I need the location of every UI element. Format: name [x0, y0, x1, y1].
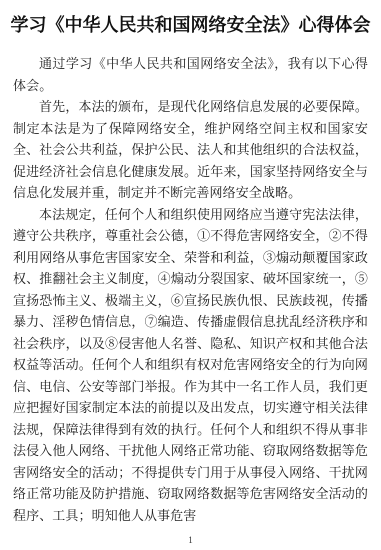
document-body: 通过学习《中华人民共和国网络安全法》，我有以下心得体会。 首先，本法的颁布，是现… [13, 53, 368, 522]
paragraph-first-point: 首先，本法的颁布，是现代化网络信息发展的必要保障。制定本法是为了保障网络安全，维… [13, 96, 368, 204]
document-page: 学习《中华人民共和国网络安全法》心得体会 通过学习《中华人民共和国网络安全法》，… [0, 0, 381, 550]
document-title: 学习《中华人民共和国网络安全法》心得体会 [0, 0, 381, 37]
page-number: 1 [0, 534, 381, 546]
paragraph-intro: 通过学习《中华人民共和国网络安全法》，我有以下心得体会。 [13, 53, 368, 96]
paragraph-law-provisions: 本法规定，任何个人和组织使用网络应当遵守宪法法律，遵守公共秩序，尊重社会公德，①… [13, 204, 368, 523]
